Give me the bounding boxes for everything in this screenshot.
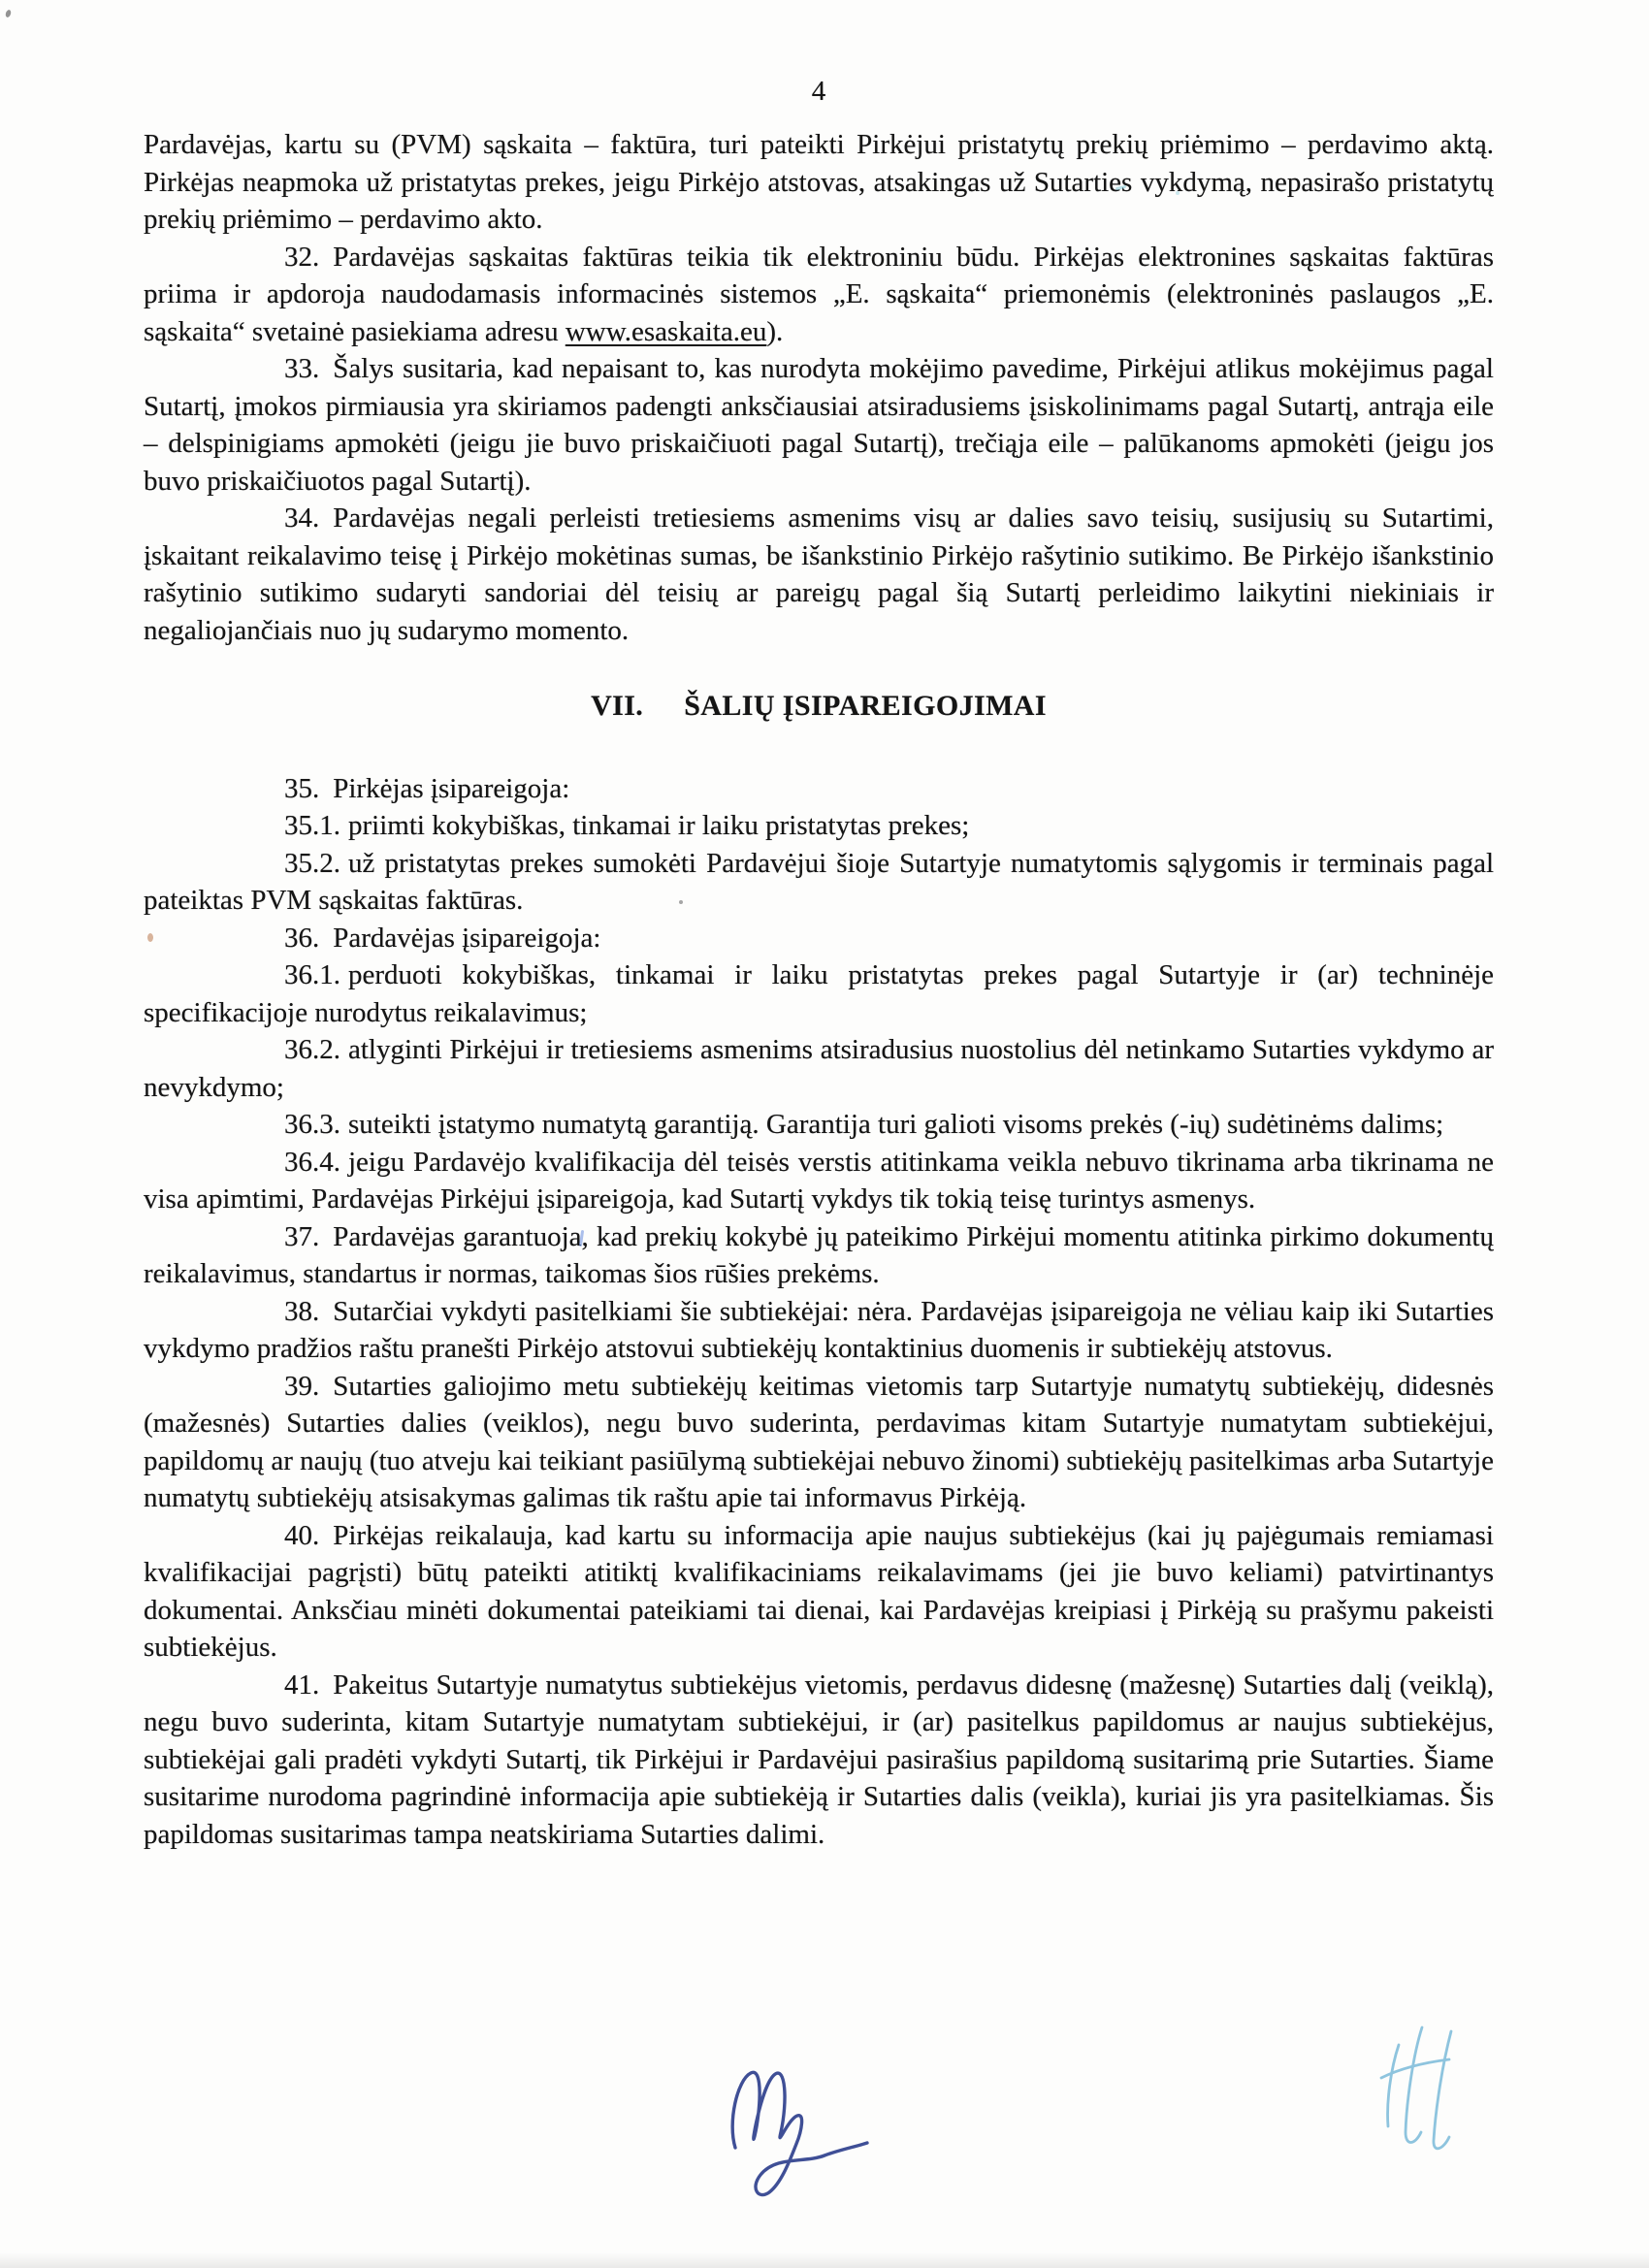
clause-number: 38. [284, 1296, 319, 1327]
clause-number: 36.1. [284, 959, 340, 990]
clause-text: priimti kokybiškas, tinkamai ir laiku pr… [348, 810, 969, 841]
clause-number: 35. [284, 773, 319, 804]
clause-text: Pirkėjas įsipareigoja: [333, 773, 569, 804]
clause-text: Pirkėjas reikalauja, kad kartu su inform… [144, 1520, 1494, 1664]
clause-text: Pardavėjas negali perleisti tretiesiems … [144, 502, 1494, 646]
clause-36: 36.Pardavėjas įsipareigoja: [144, 920, 1494, 957]
clause-39: 39.Sutarties galiojimo metu subtiekėjų k… [144, 1368, 1494, 1517]
scanner-edge-shadow [0, 2252, 1649, 2268]
clause-34: 34.Pardavėjas negali perleisti tretiesie… [144, 500, 1494, 649]
clause-text: Pakeitus Sutartyje numatytus subtiekėjus… [144, 1669, 1494, 1850]
signature-stroke [1406, 2027, 1422, 2143]
signature-stroke [1388, 2045, 1399, 2126]
clause-number: 40. [284, 1520, 319, 1551]
clause-number: 33. [284, 353, 319, 384]
scan-artifact [5, 9, 12, 17]
clause-number: 35.2. [284, 848, 340, 879]
clause-text: suteikti įstatymo numatytą garantiją. Ga… [348, 1109, 1443, 1140]
clause-32: 32.Pardavėjas sąskaitas faktūras teikia … [144, 239, 1494, 351]
clause-text: už pristatytas prekes sumokėti Pardavėju… [144, 848, 1494, 917]
clause-text: Pardavėjas, kartu su (PVM) sąskaita – fa… [144, 129, 1494, 235]
handwritten-signature-dark [720, 2055, 894, 2205]
clause-number: 36. [284, 923, 319, 954]
section-numeral: VII. [591, 690, 643, 722]
scanned-contract-page: 4 Pardavėjas, kartu su (PVM) sąskaita – … [0, 0, 1649, 2268]
signature-stroke [1434, 2031, 1451, 2149]
signature-stroke-group [1381, 2027, 1451, 2149]
signature-stroke [732, 2072, 867, 2194]
clause-36-1: 36.1.perduoti kokybiškas, tinkamai ir la… [144, 956, 1494, 1031]
clause-35-2: 35.2.už pristatytas prekes sumokėti Pard… [144, 845, 1494, 920]
handwritten-signature-light [1354, 2018, 1504, 2168]
clause-38: 38.Sutarčiai vykdyti pasitelkiami šie su… [144, 1293, 1494, 1368]
contract-text-block: Pardavėjas, kartu su (PVM) sąskaita – fa… [144, 126, 1494, 1853]
clause-41: 41.Pakeitus Sutartyje numatytus subtiekė… [144, 1667, 1494, 1854]
clause-text: Šalys susitaria, kad nepaisant to, kas n… [144, 353, 1494, 497]
clause-text: atlyginti Pirkėjui ir tretiesiems asmeni… [144, 1034, 1494, 1103]
clause-number: 34. [284, 502, 319, 534]
clause-text: perduoti kokybiškas, tinkamai ir laiku p… [144, 959, 1494, 1028]
continuation-paragraph: Pardavėjas, kartu su (PVM) sąskaita – fa… [144, 126, 1494, 239]
clause-text: Pardavėjas įsipareigoja: [333, 923, 600, 954]
clause-33: 33.Šalys susitaria, kad nepaisant to, ka… [144, 350, 1494, 500]
clause-number: 36.3. [284, 1109, 340, 1140]
clause-number: 32. [284, 242, 319, 273]
clause-36-2: 36.2.atlyginti Pirkėjui ir tretiesiems a… [144, 1031, 1494, 1106]
clause-text: jeigu Pardavėjo kvalifikacija dėl teisės… [144, 1147, 1494, 1215]
clause-number: 37. [284, 1221, 319, 1252]
clause-number: 39. [284, 1371, 319, 1402]
clause-text: Sutarčiai vykdyti pasitelkiami šie subti… [144, 1296, 1494, 1365]
esaskaita-url: www.esaskaita.eu [566, 316, 767, 347]
clause-text: Pardavėjas garantuoja, kad prekių kokybė… [144, 1221, 1494, 1290]
clause-text: Sutarties galiojimo metu subtiekėjų keit… [144, 1371, 1494, 1514]
clause-number: 36.4. [284, 1147, 340, 1178]
clause-text: Pardavėjas sąskaitas faktūras teikia tik… [144, 242, 1494, 347]
page-number: 4 [144, 74, 1494, 110]
clause-35: 35.Pirkėjas įsipareigoja: [144, 770, 1494, 808]
clause-36-4: 36.4.jeigu Pardavėjo kvalifikacija dėl t… [144, 1144, 1494, 1218]
clause-number: 41. [284, 1669, 319, 1701]
clause-40: 40.Pirkėjas reikalauja, kad kartu su inf… [144, 1517, 1494, 1667]
clause-35-1: 35.1.priimti kokybiškas, tinkamai ir lai… [144, 807, 1494, 845]
clause-number: 36.2. [284, 1034, 340, 1065]
clause-36-3: 36.3.suteikti įstatymo numatytą garantij… [144, 1106, 1494, 1144]
section-title: ŠALIŲ ĮSIPAREIGOJIMAI [684, 690, 1047, 722]
clause-number: 35.1. [284, 810, 340, 841]
section-heading: VII.ŠALIŲ ĮSIPAREIGOJIMAI [144, 688, 1494, 726]
clause-37: 37.Pardavėjas garantuoja, kad prekių kok… [144, 1218, 1494, 1293]
clause-text: ). [766, 316, 783, 347]
